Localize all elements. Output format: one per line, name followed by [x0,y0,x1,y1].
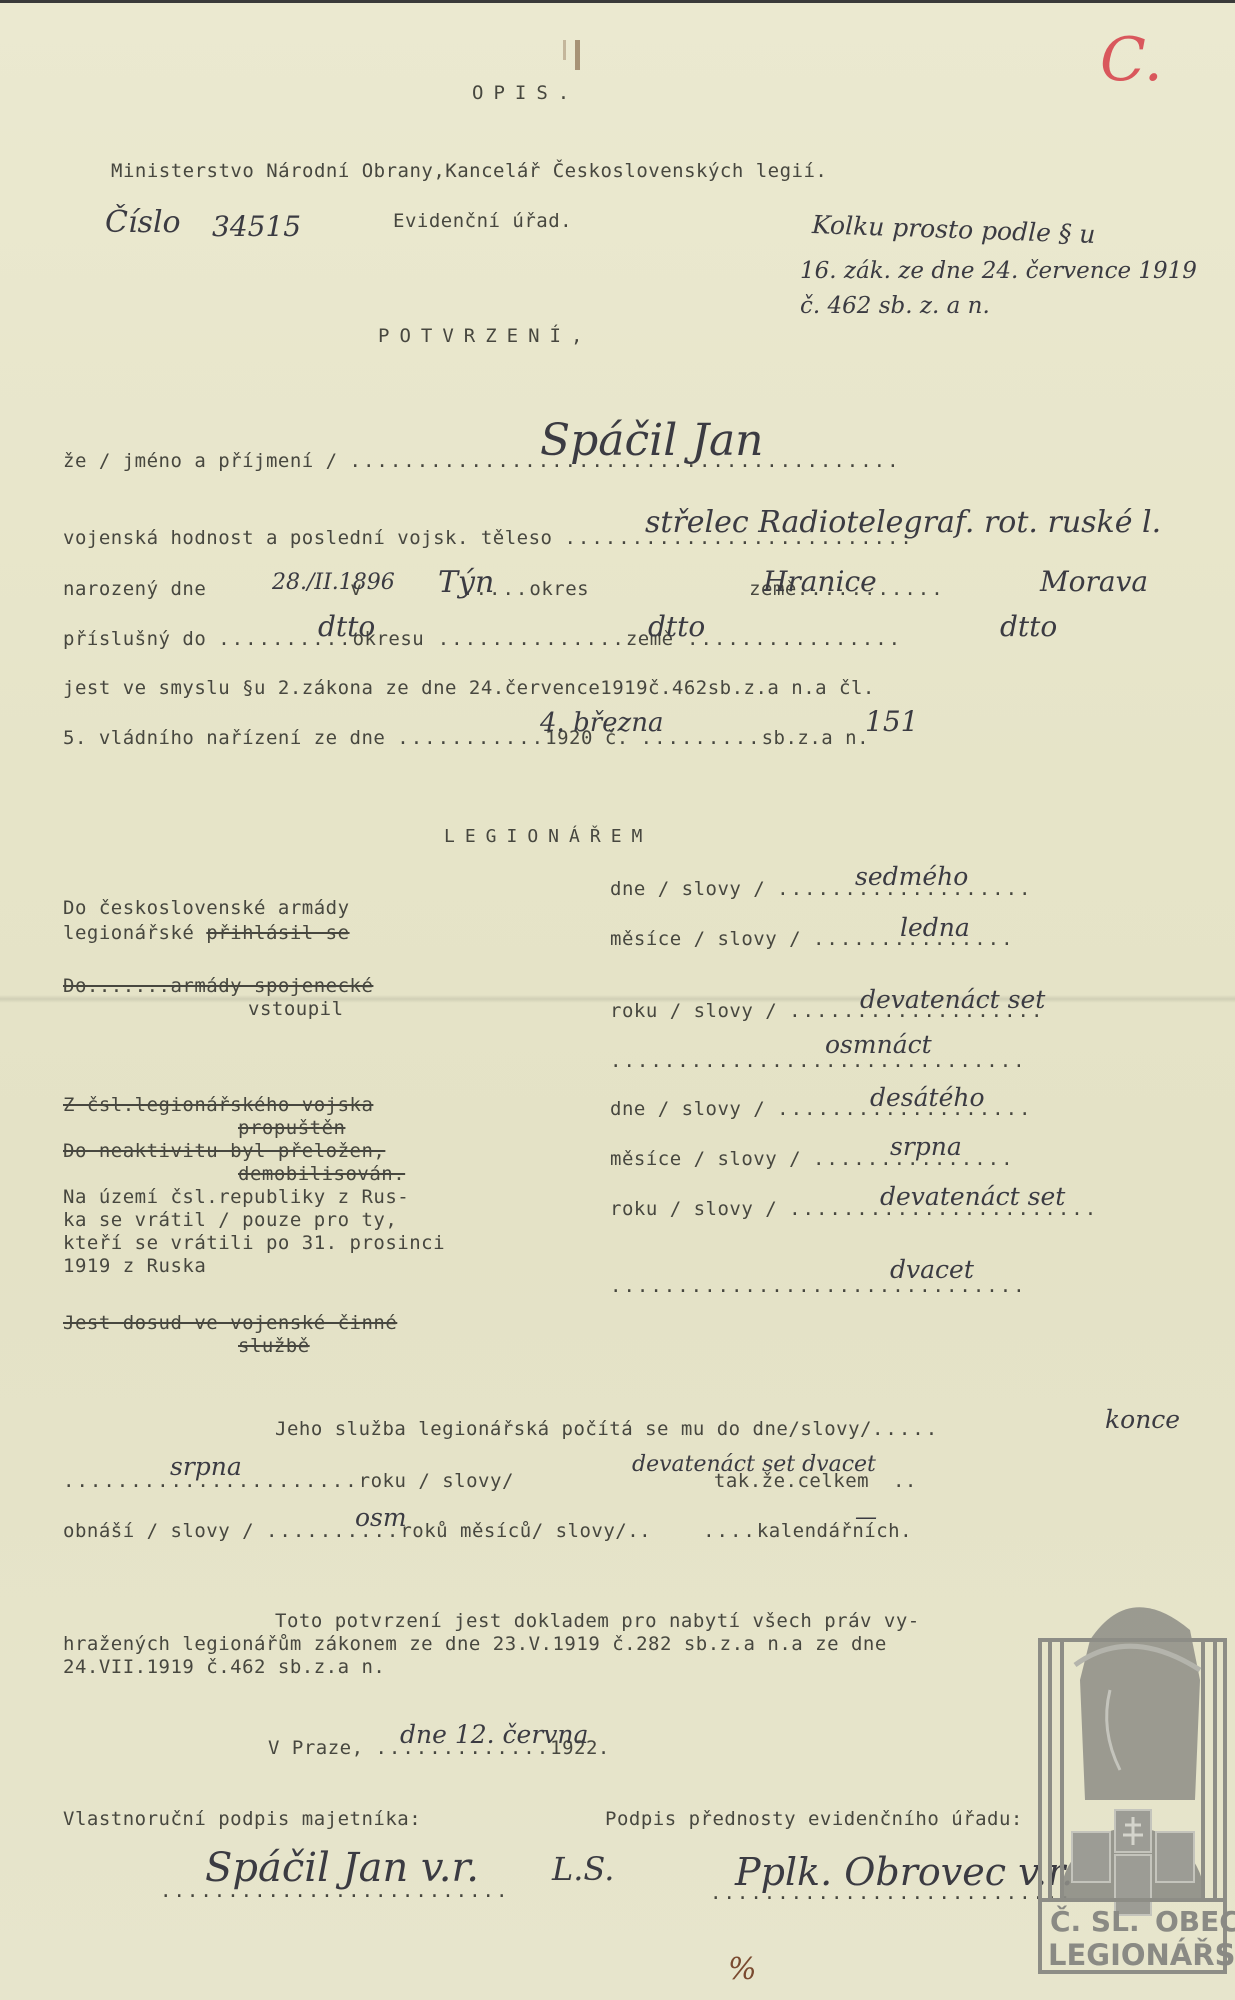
seal-mark: L.S. [552,1850,614,1888]
decree-number: 151 [865,705,918,738]
return-label-2: ka se vrátil / pouze pro ty, [63,1209,397,1231]
entry-label-1: Do československé armády [63,897,350,919]
owner-signature: Spáčil Jan v.r. [205,1845,479,1891]
birth-place: Týn [438,565,494,600]
service-end-year: devatenáct set dvacet [632,1452,876,1477]
service-end-month: srpna [170,1452,242,1481]
law-reference-2: 5. vládního nařízení ze dne ...........1… [63,727,869,749]
entry-day-value: sedmého [855,862,968,891]
return-month-value: srpna [890,1132,962,1161]
stamp-exemption-note-2: 16. zák. ze dne 24. července 1919 [800,258,1197,284]
entry-day-label: dne / slovy / ................... [610,878,1033,900]
law-reference-1: jest ve smyslu §u 2.zákona ze dne 24.čer… [63,677,875,699]
issue-date: dne 12. června [400,1720,588,1749]
release-struck-1: Z čsl.legionářského vojska [63,1094,373,1116]
reference-number: 34515 [212,210,301,243]
return-label-3: kteří se vrátili po 31. prosinci [63,1232,445,1254]
entry-year-line-2: ............................... [610,1050,1027,1072]
release-struck-3: Do neaktivitu byl přeložen, [63,1140,385,1162]
birth-district: Hranice [763,565,877,598]
rank-value: střelec Radiotelegraf. rot. ruské l. [645,505,1161,540]
birth-country: Morava [1040,565,1148,598]
reference-number-label: Číslo [105,205,181,240]
ink-stain [563,40,566,60]
residence-country-value: dtto [1000,610,1057,643]
return-day-value: desátého [870,1083,985,1112]
stamp-exemption-note-1: Kolku prosto podle § u [812,210,1096,249]
return-year-value: devatenáct set [880,1182,1065,1211]
ministry-heading: Ministerstvo Národní Obrany,Kancelář Čes… [111,160,827,182]
release-struck-2: propuštěn [238,1117,345,1139]
document-page: OPIS. Ministerstvo Národní Obrany,Kancel… [0,0,1235,2000]
entry-label-2: legionářské přihlásil se [63,922,350,944]
residence-label: příslušný do ..........okresu ..........… [63,628,902,650]
section-heading: LEGIONÁŘEM [444,826,652,847]
stamp-exemption-note-3: č. 462 sb. z. a n. [800,293,990,319]
return-label-4: 1919 z Ruska [63,1255,206,1277]
service-line-3: obnáší / slovy / ..........roků měsíců/ … [63,1520,912,1542]
service-line-1: Jeho služba legionářská počítá se mu do … [275,1418,939,1440]
name-label: že / jméno a příjmení / ................… [63,450,901,472]
residence-district-value: dtto [648,610,705,643]
watermark-text-1: Č. SL. [1050,1905,1140,1938]
office-heading: Evidenční úřad. [393,210,572,232]
chief-signature: Pplk. Obrovec v.r. [735,1850,1073,1894]
name-value: Spáčil Jan [540,415,764,466]
bottom-mark: % [728,1952,757,1987]
birth-date: 28./II.1896 [272,570,395,595]
release-struck-4: demobilisován. [238,1163,405,1185]
entry-month-value: ledna [900,913,970,942]
watermark-text-1b: OBEC [1155,1905,1235,1938]
active-service-struck-2: službě [238,1335,310,1357]
allied-army-struck: Do.......armády spojenecké [63,975,373,997]
validity-paragraph-3: 24.VII.1919 č.462 sb.z.a n. [63,1656,385,1678]
confirmation-heading: POTVRZENÍ, [378,325,592,347]
active-service-struck-1: Jest dosud ve vojenské činné [63,1312,397,1334]
watermark-text-2: LEGIONÁŘSKÁ [1048,1938,1235,1972]
entry-year-value-2: osmnáct [825,1030,932,1059]
allied-army-label-2: vstoupil [248,998,344,1020]
red-pencil-mark: C. [1100,25,1163,95]
service-end-day: konce [1105,1405,1180,1434]
validity-paragraph-1: Toto potvrzení jest dokladem pro nabytí … [275,1610,920,1632]
document-title: OPIS. [472,82,579,104]
owner-signature-label: Vlastnoruční podpis majetníka: [63,1808,421,1830]
service-total-months: — [855,1505,877,1530]
return-year-value-2: dvacet [890,1255,974,1284]
decree-date: 4. března [540,708,663,738]
residence-value: dtto [318,610,375,643]
entry-year-value: devatenáct set [860,985,1045,1014]
validity-paragraph-2: hražených legionářům zákonem ze dne 23.V… [63,1633,887,1655]
watermark-logo: Č. SL. OBEC LEGIONÁŘSKÁ [1030,1570,1235,1980]
return-label-1: Na území čsl.republiky z Rus- [63,1186,409,1208]
chief-signature-label: Podpis přednosty evidenčního úřadu: [605,1808,1023,1830]
scan-edge [0,0,1235,3]
ink-stain [575,40,580,70]
service-total-years: osm [355,1503,407,1532]
